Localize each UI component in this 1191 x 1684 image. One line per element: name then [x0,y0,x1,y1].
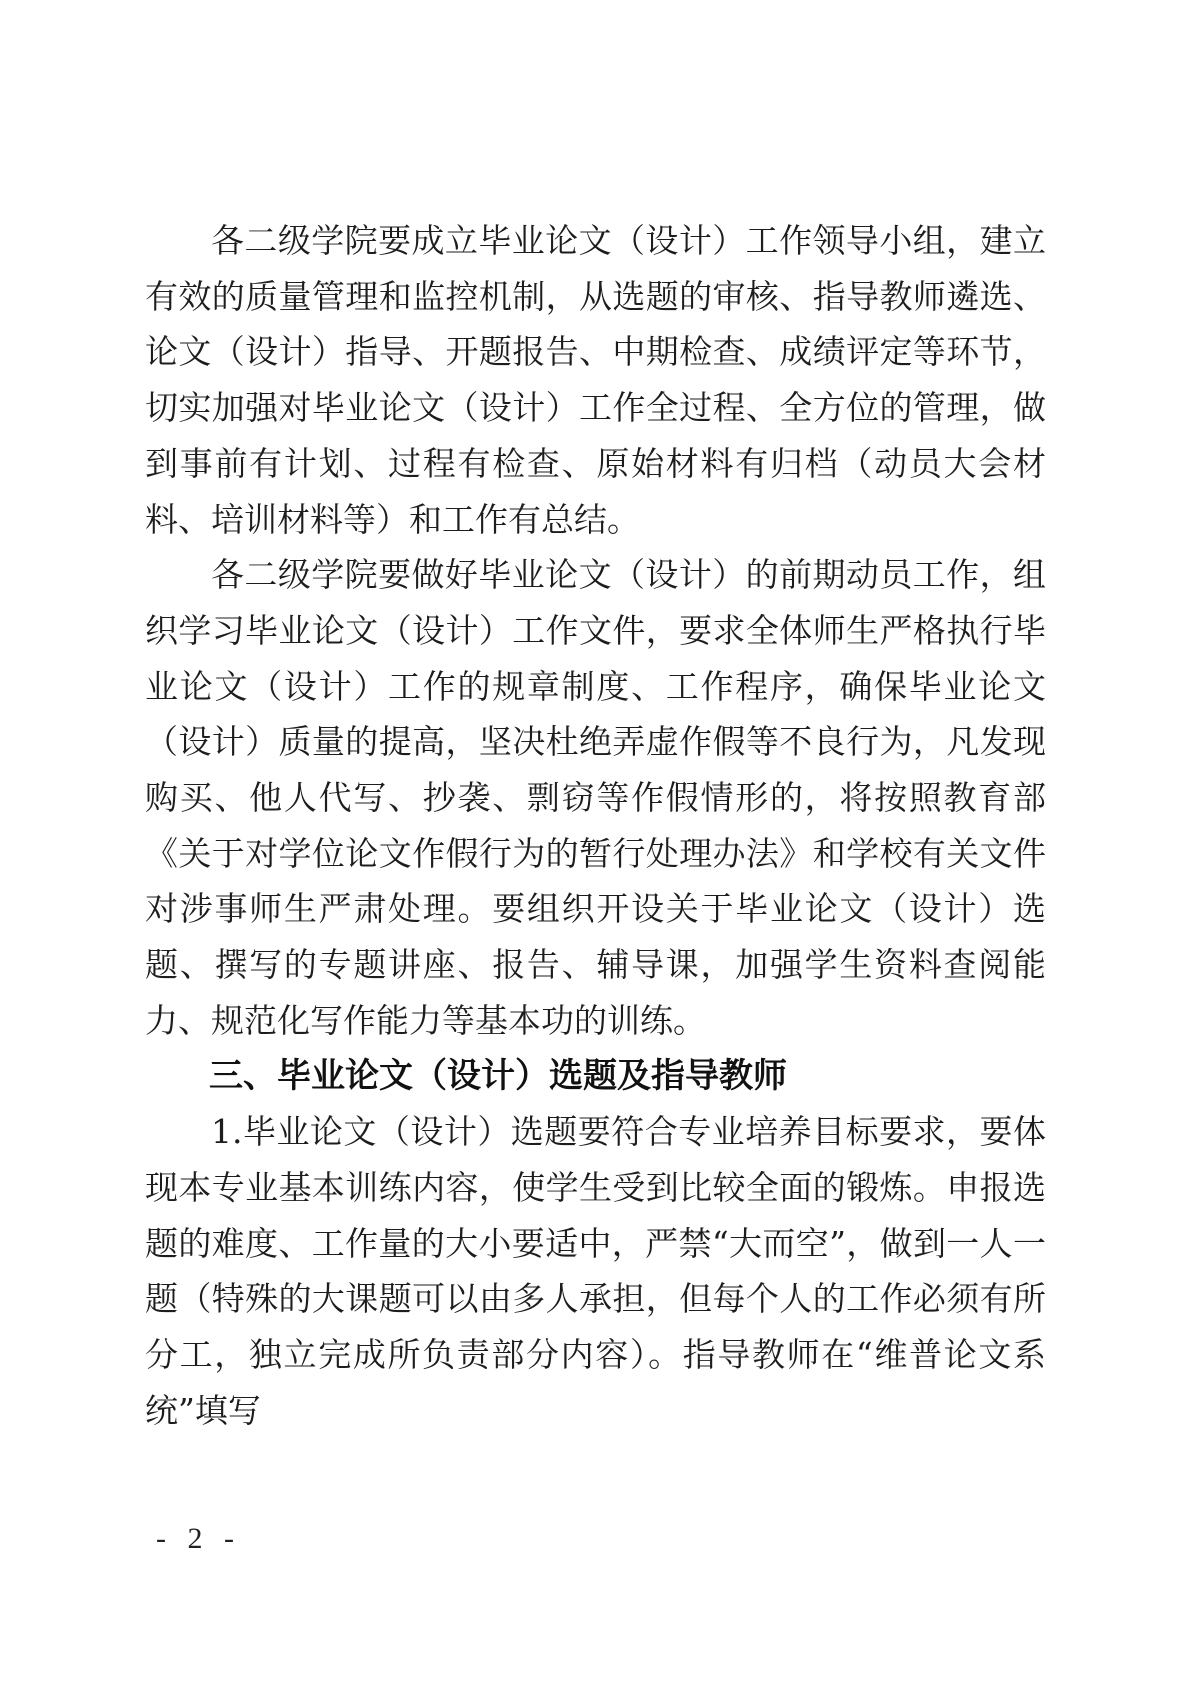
page-number: - 2 - [156,1522,241,1556]
paragraph-topic-requirements: 1.毕业论文（设计）选题要符合专业培养目标要求，要体现本专业基本训练内容，使学生… [145,1104,1046,1438]
paragraph-quality-control: 各二级学院要成立毕业论文（设计）工作领导小组，建立有效的质量管理和监控机制，从选… [145,213,1046,547]
document-page: 各二级学院要成立毕业论文（设计）工作领导小组，建立有效的质量管理和监控机制，从选… [0,0,1191,1684]
paragraph-mobilization: 各二级学院要做好毕业论文（设计）的前期动员工作，组织学习毕业论文（设计）工作文件… [145,547,1046,1048]
section-heading-topic-selection: 三、毕业论文（设计）选题及指导教师 [145,1049,1046,1105]
document-text-block: 各二级学院要成立毕业论文（设计）工作领导小组，建立有效的质量管理和监控机制，从选… [145,213,1046,1438]
